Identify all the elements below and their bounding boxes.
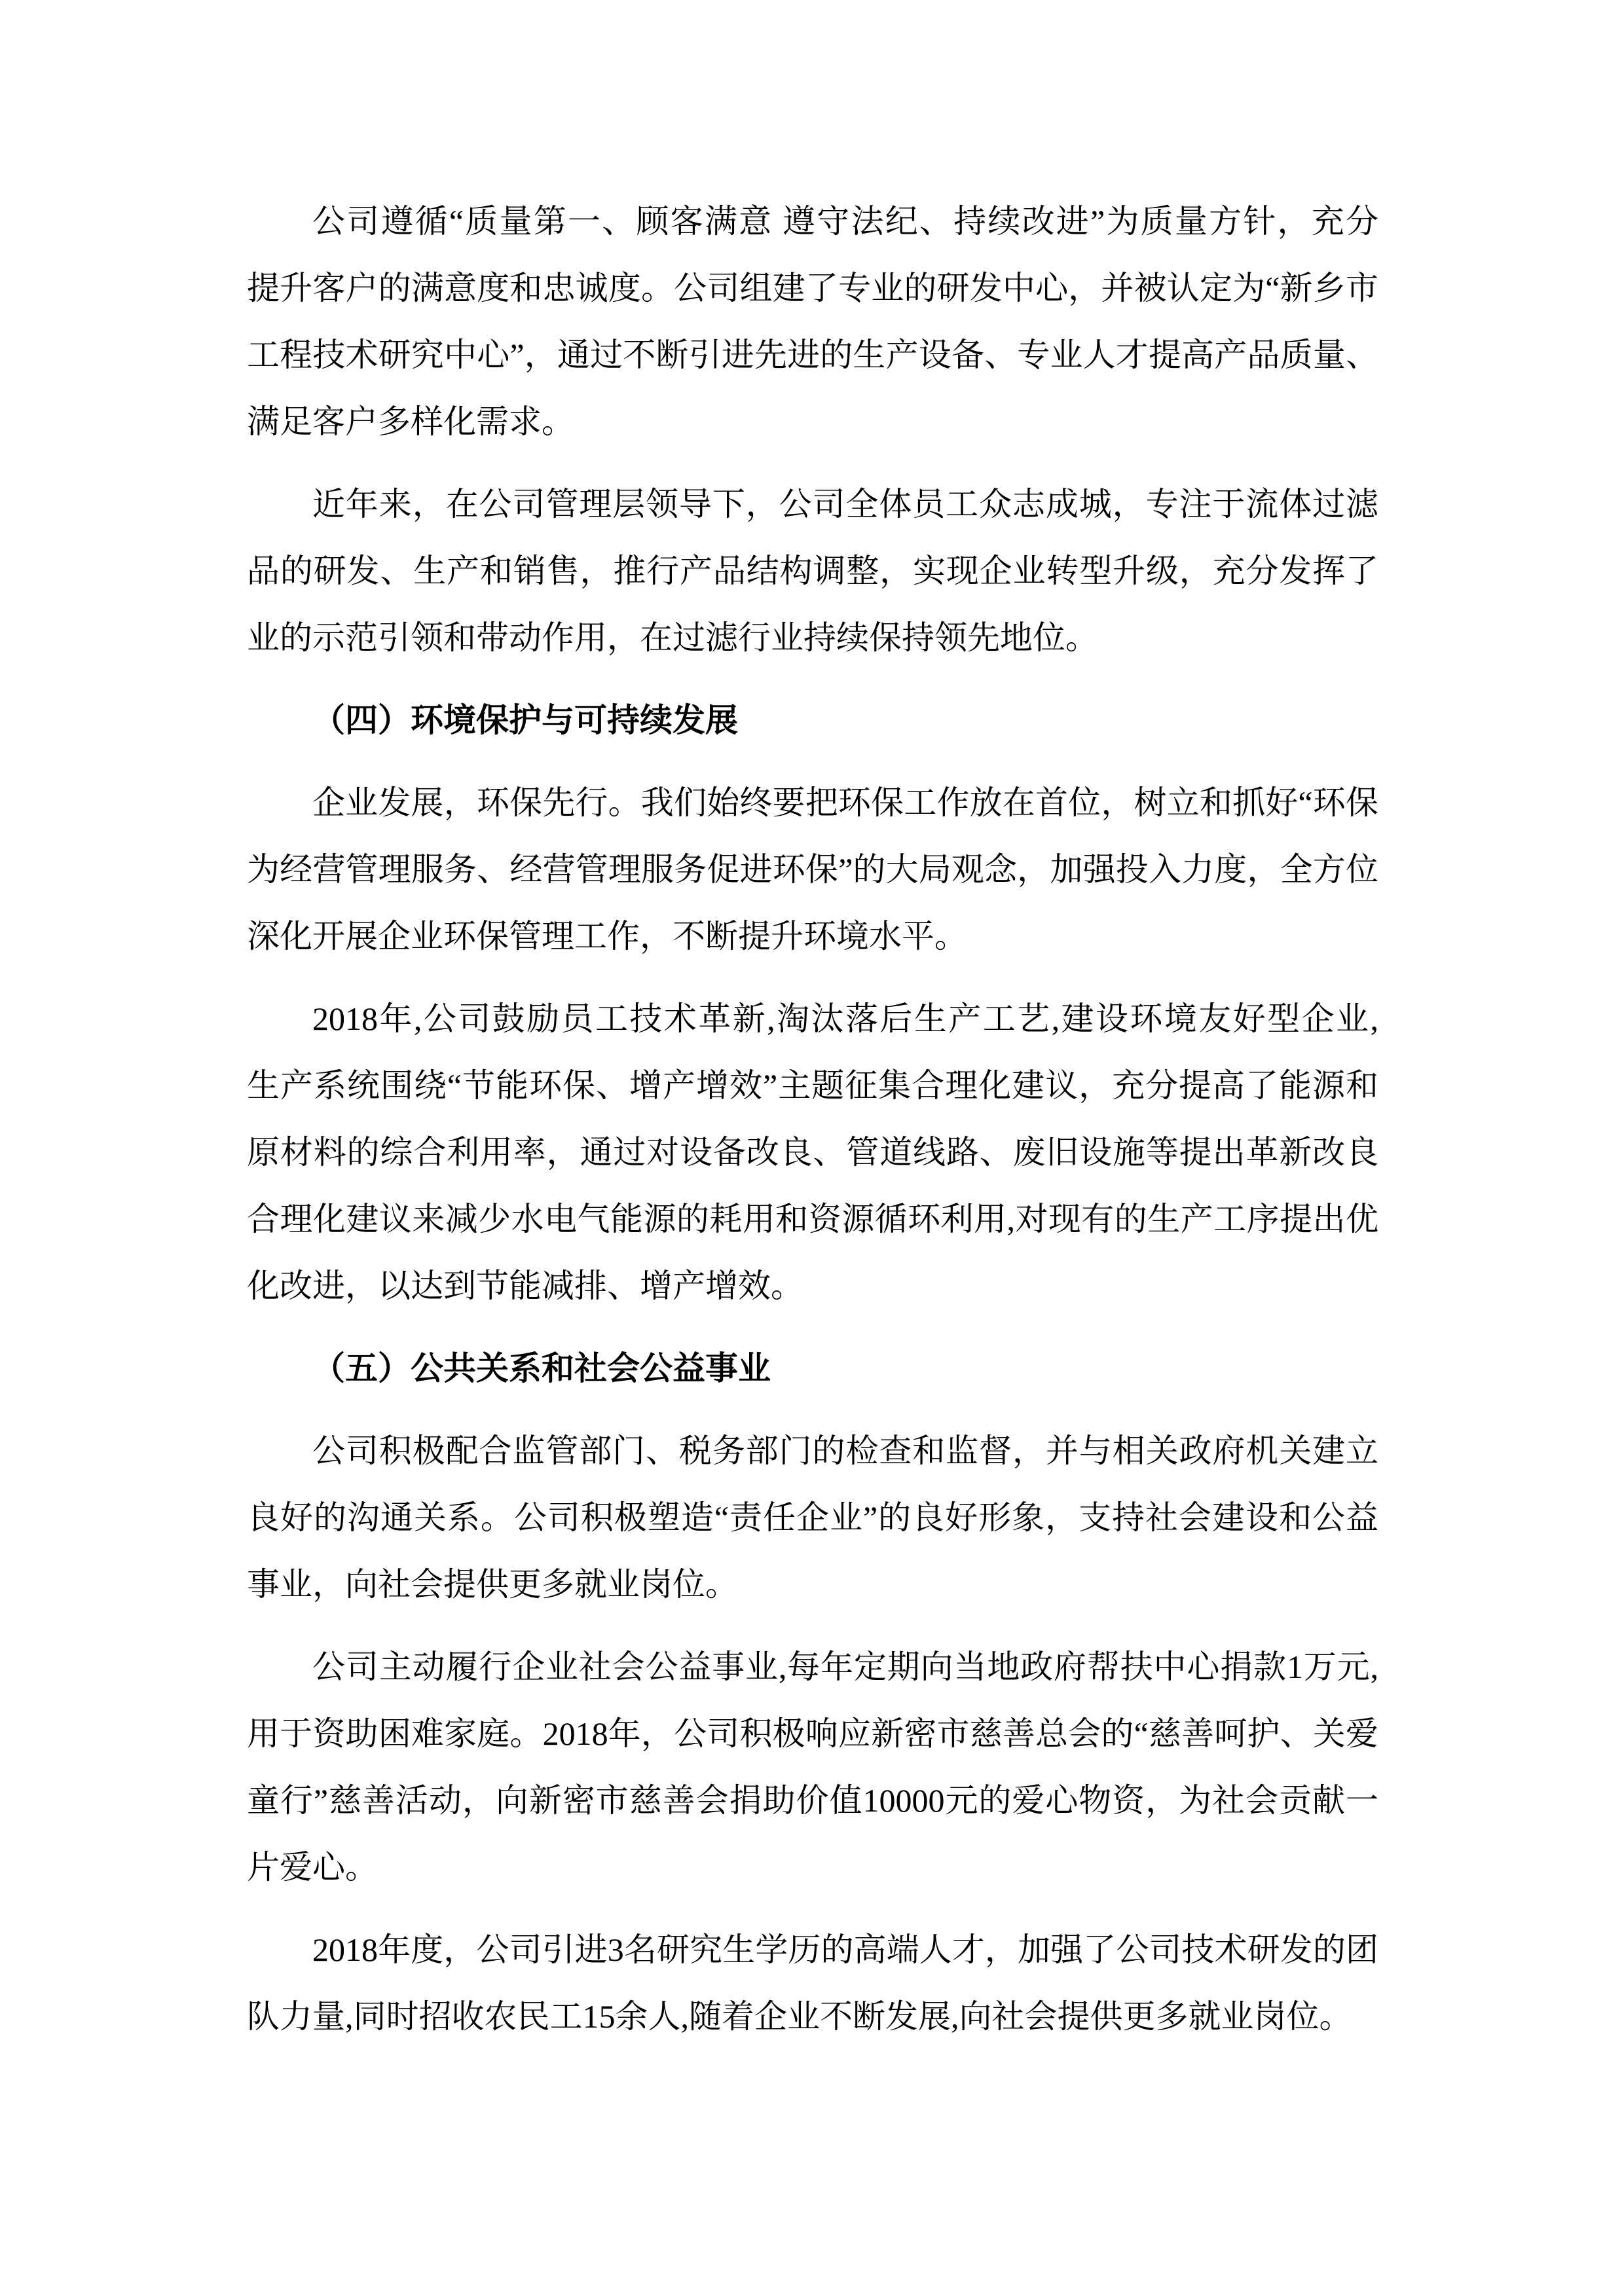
body-paragraph: 近年来，在公司管理层领导下，公司全体员工众志成城，专注于流体过滤产品的研发、生产… [247,471,1378,671]
text-line: 公司主动履行企业社会公益事业,每年定期向当地政府帮扶中心捐款1万元, [247,1633,1378,1700]
heading-text-line: （四）环境保护与可持续发展 [247,687,1378,754]
body-paragraph: 2018年度，公司引进3名研究生学历的高端人才，加强了公司技术研发的团队力量,同… [247,1916,1378,2050]
text-line: 2018年,公司鼓励员工技术革新,淘汰落后生产工艺,建设环境友好型企业, [247,985,1378,1052]
text-line: 公司积极配合监管部门、税务部门的检查和监督，并与相关政府机关建立了 [247,1417,1378,1484]
body-paragraph: 公司主动履行企业社会公益事业,每年定期向当地政府帮扶中心捐款1万元,用于资助困难… [247,1633,1378,1901]
text-line: 企业发展，环保先行。我们始终要把环保工作放在首位，树立和抓好“环保 [247,769,1378,836]
section-heading: （五）公共关系和社会公益事业 [247,1335,1378,1402]
text-line: 近年来，在公司管理层领导下，公司全体员工众志成城，专注于流体过滤产 [247,471,1378,538]
text-line: 良好的沟通关系。公司积极塑造“责任企业”的良好形象，支持社会建设和公益 [247,1484,1378,1551]
text-line: 为经营管理服务、经营管理服务促进环保”的大局观念，加强投入力度，全方位 [247,836,1378,903]
text-line: 原材料的综合利用率，通过对设备改良、管道线路、废旧设施等提出革新改良的 [247,1119,1378,1186]
text-line: 片爱心。 [247,1834,1378,1901]
text-line: 化改进，以达到节能减排、增产增效。 [247,1252,1378,1319]
text-line: 事业，向社会提供更多就业岗位。 [247,1551,1378,1618]
document-page: { "page": { "width_px": 2480, "height_px… [0,0,1624,2296]
text-line: 队力量,同时招收农民工15余人,随着企业不断发展,向社会提供更多就业岗位。 [247,1983,1378,2050]
text-line: 公司遵循“质量第一、顾客满意 遵守法纪、持续改进”为质量方针，充分 [247,188,1378,255]
text-line: 品的研发、生产和销售，推行产品结构调整，实现企业转型升级，充分发挥了企 [247,538,1378,604]
document-body: 公司遵循“质量第一、顾客满意 遵守法纪、持续改进”为质量方针，充分提升客户的满意… [247,188,1378,2066]
text-line: 提升客户的满意度和忠诚度。公司组建了专业的研发中心，并被认定为“新乡市 [247,255,1378,321]
text-line: 深化开展企业环保管理工作，不断提升环境水平。 [247,903,1378,970]
text-line: 合理化建议来减少水电气能源的耗用和资源循环利用,对现有的生产工序提出优 [247,1186,1378,1252]
text-line: 2018年度，公司引进3名研究生学历的高端人才，加强了公司技术研发的团 [247,1916,1378,1983]
body-paragraph: 2018年,公司鼓励员工技术革新,淘汰落后生产工艺,建设环境友好型企业,生产系统… [247,985,1378,1319]
text-line: 生产系统围绕“节能环保、增产增效”主题征集合理化建议，充分提高了能源和 [247,1052,1378,1119]
section-heading: （四）环境保护与可持续发展 [247,687,1378,754]
text-line: 业的示范引领和带动作用，在过滤行业持续保持领先地位。 [247,604,1378,671]
text-line: 童行”慈善活动，向新密市慈善会捐助价值10000元的爱心物资，为社会贡献一 [247,1767,1378,1834]
heading-text-line: （五）公共关系和社会公益事业 [247,1335,1378,1402]
text-line: 工程技术研究中心”，通过不断引进先进的生产设备、专业人才提高产品质量、 [247,321,1378,388]
text-line: 满足客户多样化需求。 [247,388,1378,455]
body-paragraph: 公司遵循“质量第一、顾客满意 遵守法纪、持续改进”为质量方针，充分提升客户的满意… [247,188,1378,455]
text-line: 用于资助困难家庭。2018年，公司积极响应新密市慈善总会的“慈善呵护、关爱 [247,1700,1378,1767]
body-paragraph: 公司积极配合监管部门、税务部门的检查和监督，并与相关政府机关建立了良好的沟通关系… [247,1417,1378,1618]
body-paragraph: 企业发展，环保先行。我们始终要把环保工作放在首位，树立和抓好“环保为经营管理服务… [247,769,1378,970]
